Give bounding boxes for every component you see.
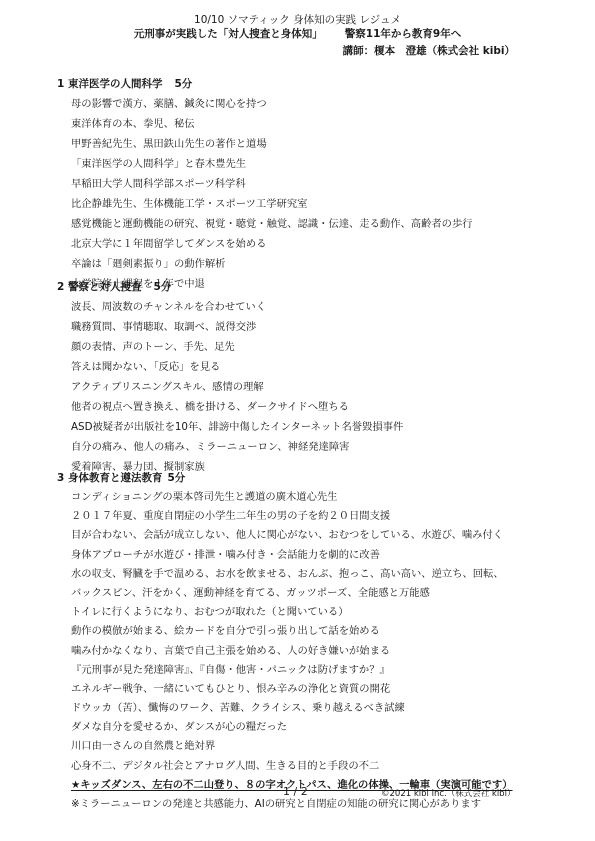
section-1: 1 東洋医学の人間科学5分 母の影響で漢方、薬膳、鍼灸に関心を持つ 東洋体育の本…	[57, 74, 473, 294]
list-item: コンディショニングの栗本啓司先生と護道の廣木道心先生	[71, 488, 513, 507]
list-item: 自分の痛み、他人の痛み、ミラーニューロン、神経発達障害	[71, 437, 403, 457]
list-item: 答えは聞かない、「反応」を見る	[71, 357, 403, 377]
section-duration: 5分	[153, 281, 171, 293]
section-2: 2 警察と対人捜査5分 波長、周波数のチャンネルを合わせていく 職務質問、事情聴…	[57, 277, 403, 477]
list-item: 川口由一さんの自然農と絶対界	[71, 737, 513, 756]
list-item: 北京大学に１年間留学してダンスを始める	[71, 234, 473, 254]
section-title: 3 身体教育と遵法教育	[57, 472, 162, 484]
page-number: 1 / 2	[283, 785, 308, 798]
list-item: ２０１７年夏、重度自閉症の小学生二年生の男の子を約２０日間支援	[71, 507, 513, 526]
list-item: 「東洋医学の人間科学」と春木豊先生	[71, 154, 473, 174]
list-item: ASD被疑者が出版社を10年、誹謗中傷したインターネット名誉毀損事件	[71, 417, 403, 437]
list-item: 『元刑事が見た発達障害』、『自傷・他害・パニックは防げますか？』	[71, 661, 513, 680]
list-item: 比企静雄先生、生体機能工学・スポーツ工学研究室	[71, 194, 473, 214]
document-subtitle: 元刑事が実践した「対人捜査と身体知」警察11年から教育9年へ	[0, 26, 595, 41]
list-item: 甲野善紀先生、黒田鉄山先生の著作と道場	[71, 134, 473, 154]
section-heading: 1 東洋医学の人間科学5分	[57, 74, 473, 94]
list-item: ドウッカ（苦）、懺悔のワーク、苦難、クライシス、乗り越えるべき試練	[71, 699, 513, 718]
list-item: トイレに行くようになり、おむつが取れた（と聞いている）	[71, 603, 513, 622]
section-title: 2 警察と対人捜査	[57, 281, 141, 293]
list-item: 職務質問、事情聴取、取調べ、説得交渉	[71, 317, 403, 337]
list-item: 顔の表情、声のトーン、手先、足先	[71, 337, 403, 357]
list-item: 波長、周波数のチャンネルを合わせていく	[71, 297, 403, 317]
section-duration: 5分	[167, 472, 185, 484]
section-3: 3 身体教育と遵法教育5分 コンディショニングの栗本啓司先生と護道の廣木道心先生…	[57, 468, 513, 814]
list-item: 東洋体育の本、拳児、秘伝	[71, 114, 473, 134]
list-item: アクティブリスニングスキル、感情の理解	[71, 377, 403, 397]
list-item: エネルギー戦争、一緒にいてもひとり、恨み辛みの浄化と資質の開花	[71, 680, 513, 699]
list-item: 卒論は「廻剣素振り」の動作解析	[71, 254, 473, 274]
list-item: 水の収支、腎臓を手で温める、お水を飲ませる、おんぶ、抱っこ、高い高い、逆立ち、回…	[71, 565, 513, 584]
section-duration: 5分	[174, 78, 192, 90]
list-item: 噛み付かなくなり、言葉で自己主張を始める、人の好き嫌いが始まる	[71, 642, 513, 661]
list-item: 早稲田大学人間科学部スポーツ科学科	[71, 174, 473, 194]
list-item: 身体アプローチが水遊び・排泄・噛み付き・会話能力を劇的に改善	[71, 546, 513, 565]
list-item: 母の影響で漢方、薬膳、鍼灸に関心を持つ	[71, 94, 473, 114]
section-heading: 3 身体教育と遵法教育5分	[57, 468, 513, 488]
list-item: ダメな自分を愛せるか、ダンスが心の糧だった	[71, 718, 513, 737]
list-item: バックスピン、汗をかく、運動神経を育てる、ガッツポーズ、全能感と万能感	[71, 584, 513, 603]
section-heading: 2 警察と対人捜査5分	[57, 277, 403, 297]
lecturer-name: 講師：榎本 澄雄（株式会社 kibi）	[343, 43, 515, 58]
copyright: ©2021 kibi inc.（株式会社 kibi）	[381, 787, 515, 799]
list-item: 感覚機能と運動機能の研究、視覚・聴覚・触覚、認識・伝達、走る動作、高齢者の歩行	[71, 214, 473, 234]
document-page: 10/10 ソマティック 身体知の実践 レジュメ 元刑事が実践した「対人捜査と身…	[0, 0, 595, 841]
subtitle-career: 警察11年から教育9年へ	[345, 28, 461, 40]
list-item: 目が合わない、会話が成立しない、他人に関心がない、おむつをしている、水遊び、噛み…	[71, 526, 513, 545]
list-item: 心身不二、デジタル社会とアナログ人間、生きる目的と手段の不二	[71, 757, 513, 776]
subtitle-main: 元刑事が実践した「対人捜査と身体知」	[134, 28, 323, 40]
document-title: 10/10 ソマティック 身体知の実践 レジュメ	[0, 12, 595, 27]
list-item: 他者の視点へ置き換え、橋を掛ける、ダークサイドへ堕ちる	[71, 397, 403, 417]
list-item: 動作の模倣が始まる、絵カードを自分で引っ張り出して話を始める	[71, 622, 513, 641]
section-title: 1 東洋医学の人間科学	[57, 78, 162, 90]
